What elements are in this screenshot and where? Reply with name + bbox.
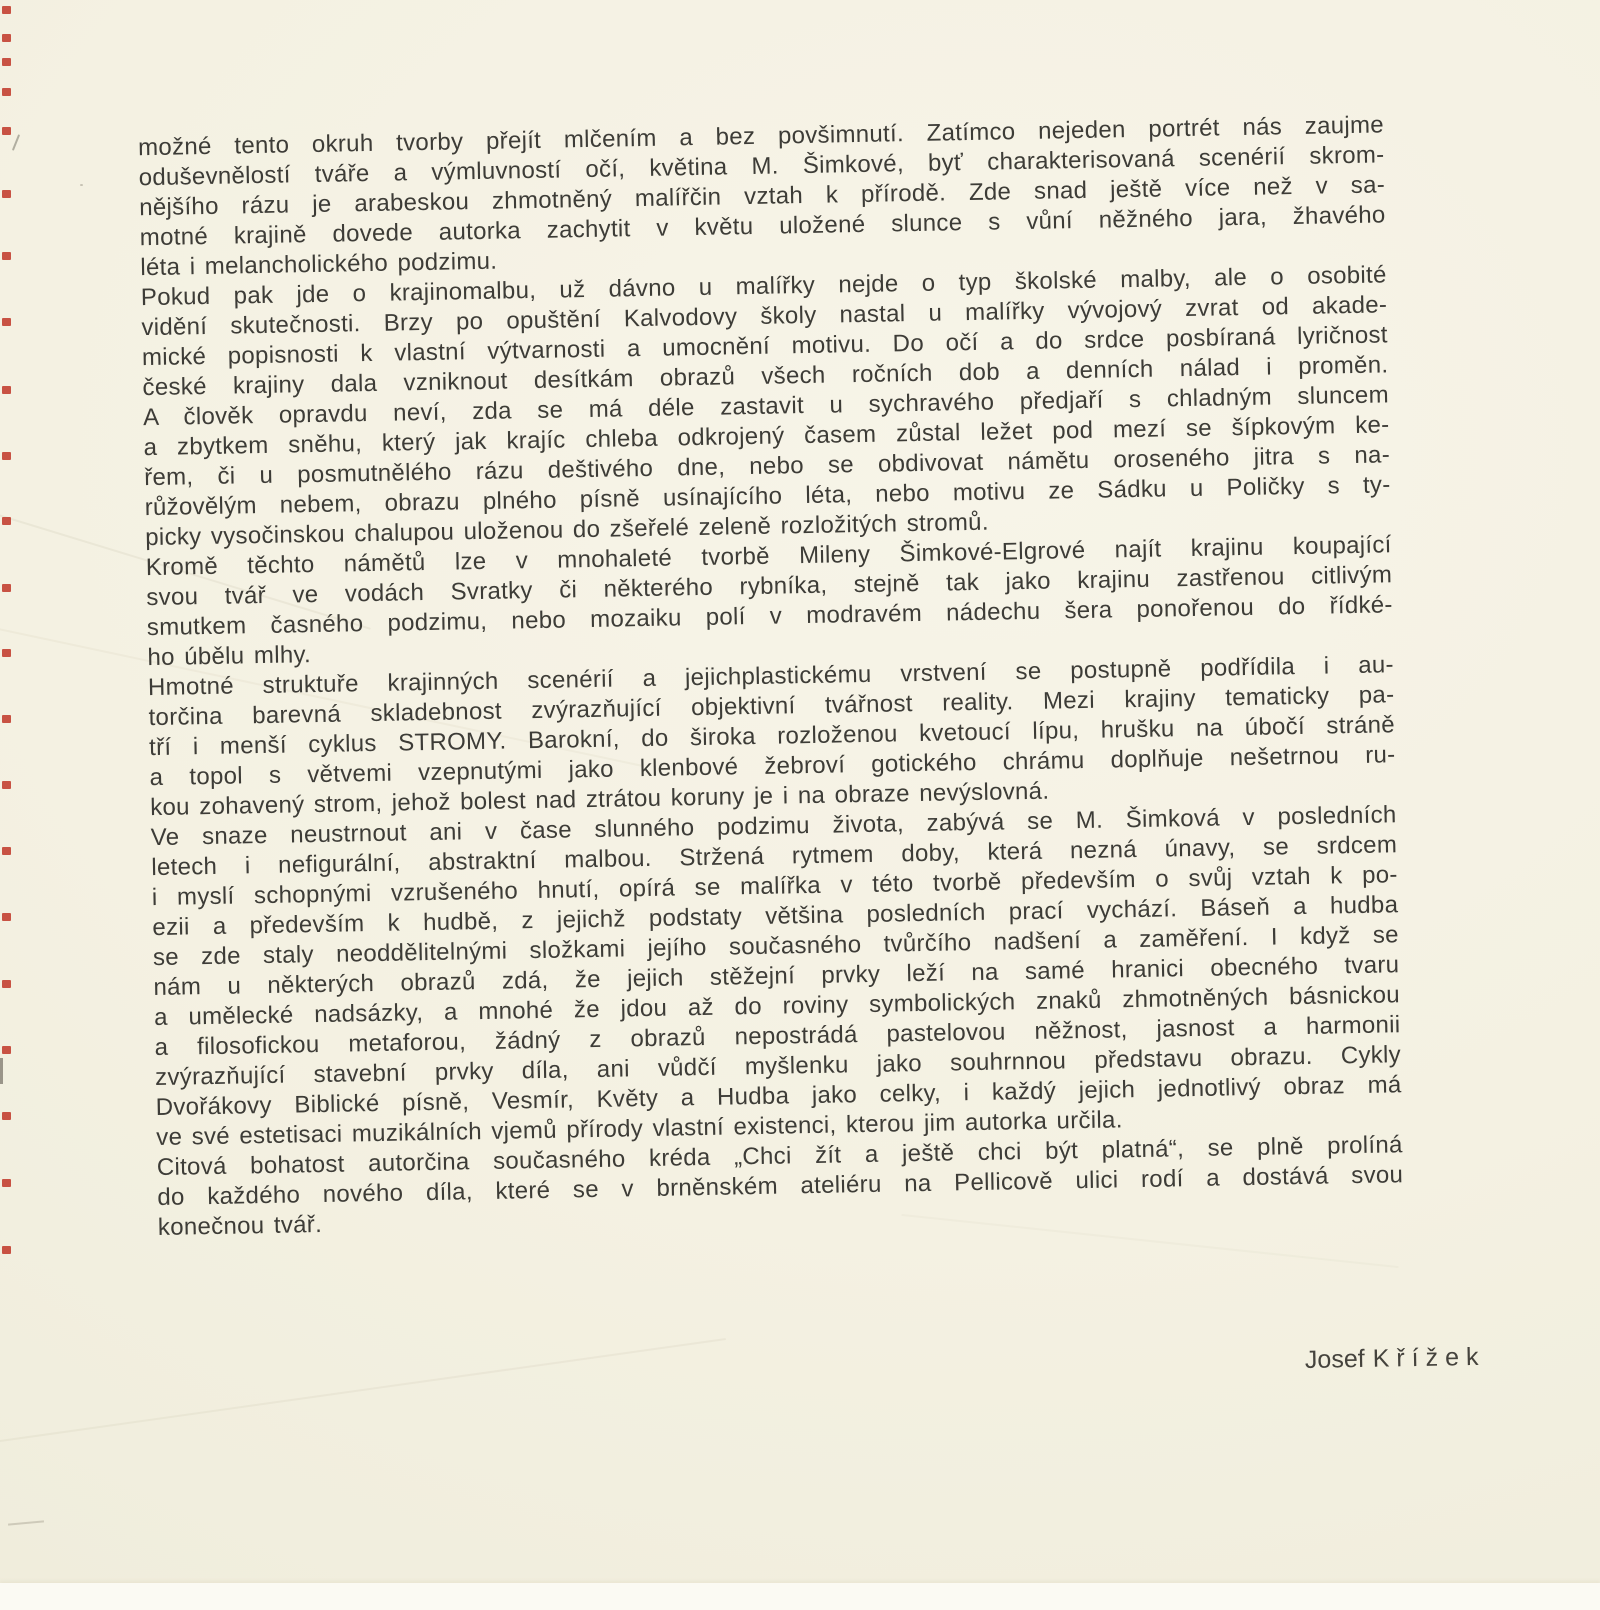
paper-scratch [0, 1058, 3, 1084]
red-edge-mark [2, 6, 11, 14]
red-edge-mark [2, 252, 11, 260]
scan-content: možné tento okruh tvorby přejít mlčením … [138, 91, 1484, 1545]
signature-last-name: Křížek [1372, 1343, 1485, 1373]
red-edge-mark [2, 1246, 11, 1254]
red-edge-mark [2, 913, 11, 921]
red-edge-mark [2, 452, 11, 460]
red-edge-mark [2, 715, 11, 723]
red-edge-mark [2, 847, 11, 855]
red-edge-mark [2, 34, 11, 42]
red-edge-mark [2, 649, 11, 657]
paper-speck [80, 184, 83, 186]
red-edge-mark [2, 1046, 11, 1054]
red-edge-mark [2, 1179, 11, 1187]
red-edge-mark [2, 517, 11, 525]
signature-first-name: Josef [1305, 1345, 1365, 1374]
red-edge-mark [2, 781, 11, 789]
body-text: možné tento okruh tvorby přejít mlčením … [138, 110, 1404, 1243]
red-edge-mark [2, 190, 11, 198]
red-edge-mark [2, 584, 11, 592]
paper-scratch [8, 1520, 44, 1525]
paper-scratch [12, 134, 20, 151]
scan-bottom-edge [0, 1583, 1600, 1610]
red-edge-mark [2, 318, 11, 326]
red-edge-mark [2, 1112, 11, 1120]
author-signature: JosefKřížek [1240, 1343, 1485, 1376]
scanned-page: možné tento okruh tvorby přejít mlčením … [0, 0, 1600, 1610]
red-edge-mark [2, 386, 11, 394]
red-edge-mark [2, 127, 11, 135]
red-edge-mark [2, 58, 11, 66]
red-edge-mark [2, 88, 11, 96]
red-edge-mark [2, 980, 11, 988]
